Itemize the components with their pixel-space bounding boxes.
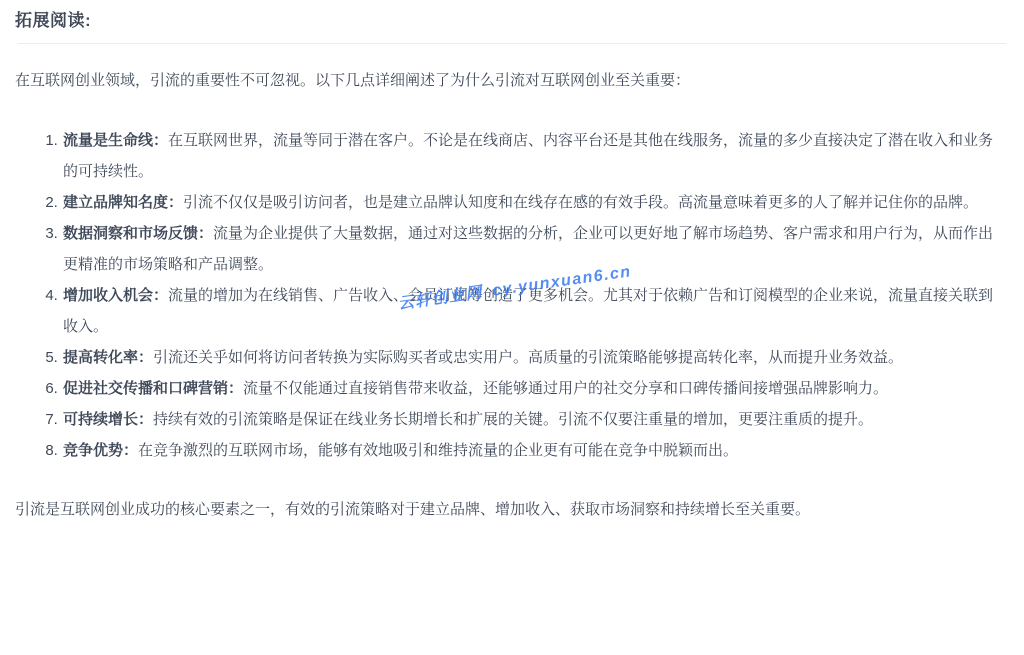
article-page: 拓展阅读: 在互联网创业领域，引流的重要性不可忽视。以下几点详细阐述了为什么引流…: [0, 0, 1024, 525]
list-item-text: 持续有效的引流策略是保证在线业务长期增长和扩展的关键。引流不仅要注重量的增加，更…: [153, 411, 873, 428]
divider: [18, 43, 1006, 44]
list-item-label: 竞争优势：: [63, 442, 138, 459]
list-item-label: 可持续增长：: [63, 411, 153, 428]
list-item-label: 促进社交传播和口碑营销：: [63, 380, 243, 397]
list-item-text: 在竞争激烈的互联网市场，能够有效地吸引和维持流量的企业更有可能在竞争中脱颖而出。: [138, 442, 738, 459]
list-item-text: 引流还关乎如何将访问者转换为实际购买者或忠实用户。高质量的引流策略能够提高转化率…: [153, 349, 903, 366]
list-item: 竞争优势：在竞争激烈的互联网市场，能够有效地吸引和维持流量的企业更有可能在竞争中…: [62, 435, 1008, 466]
section-title: 拓展阅读:: [15, 9, 1008, 33]
list-item-label: 建立品牌知名度：: [63, 194, 183, 211]
list-item: 提高转化率：引流还关乎如何将访问者转换为实际购买者或忠实用户。高质量的引流策略能…: [62, 342, 1008, 373]
list-item: 数据洞察和市场反馈：流量为企业提供了大量数据，通过对这些数据的分析，企业可以更好…: [62, 218, 1008, 280]
points-list: 流量是生命线：在互联网世界，流量等同于潜在客户。不论是在线商店、内容平台还是其他…: [15, 125, 1008, 466]
list-item-label: 增加收入机会：: [63, 287, 168, 304]
closing-paragraph: 引流是互联网创业成功的核心要素之一，有效的引流策略对于建立品牌、增加收入、获取市…: [15, 494, 1008, 525]
list-item-text: 流量的增加为在线销售、广告收入、会员订阅等创造了更多机会。尤其对于依赖广告和订阅…: [63, 287, 993, 335]
list-item: 流量是生命线：在互联网世界，流量等同于潜在客户。不论是在线商店、内容平台还是其他…: [62, 125, 1008, 187]
list-item: 促进社交传播和口碑营销：流量不仅能通过直接销售带来收益，还能够通过用户的社交分享…: [62, 373, 1008, 404]
list-item-text: 流量不仅能通过直接销售带来收益，还能够通过用户的社交分享和口碑传播间接增强品牌影…: [243, 380, 888, 397]
intro-paragraph: 在互联网创业领域，引流的重要性不可忽视。以下几点详细阐述了为什么引流对互联网创业…: [15, 65, 1008, 96]
list-item: 建立品牌知名度：引流不仅仅是吸引访问者，也是建立品牌认知度和在线存在感的有效手段…: [62, 187, 1008, 218]
list-item-text: 引流不仅仅是吸引访问者，也是建立品牌认知度和在线存在感的有效手段。高流量意味着更…: [183, 194, 978, 211]
list-item: 增加收入机会：流量的增加为在线销售、广告收入、会员订阅等创造了更多机会。尤其对于…: [62, 280, 1008, 342]
list-item-label: 提高转化率：: [63, 349, 153, 366]
list-item-label: 数据洞察和市场反馈：: [63, 225, 213, 242]
list-item: 可持续增长：持续有效的引流策略是保证在线业务长期增长和扩展的关键。引流不仅要注重…: [62, 404, 1008, 435]
list-item-text: 在互联网世界，流量等同于潜在客户。不论是在线商店、内容平台还是其他在线服务，流量…: [63, 132, 993, 180]
list-item-label: 流量是生命线：: [63, 132, 168, 149]
